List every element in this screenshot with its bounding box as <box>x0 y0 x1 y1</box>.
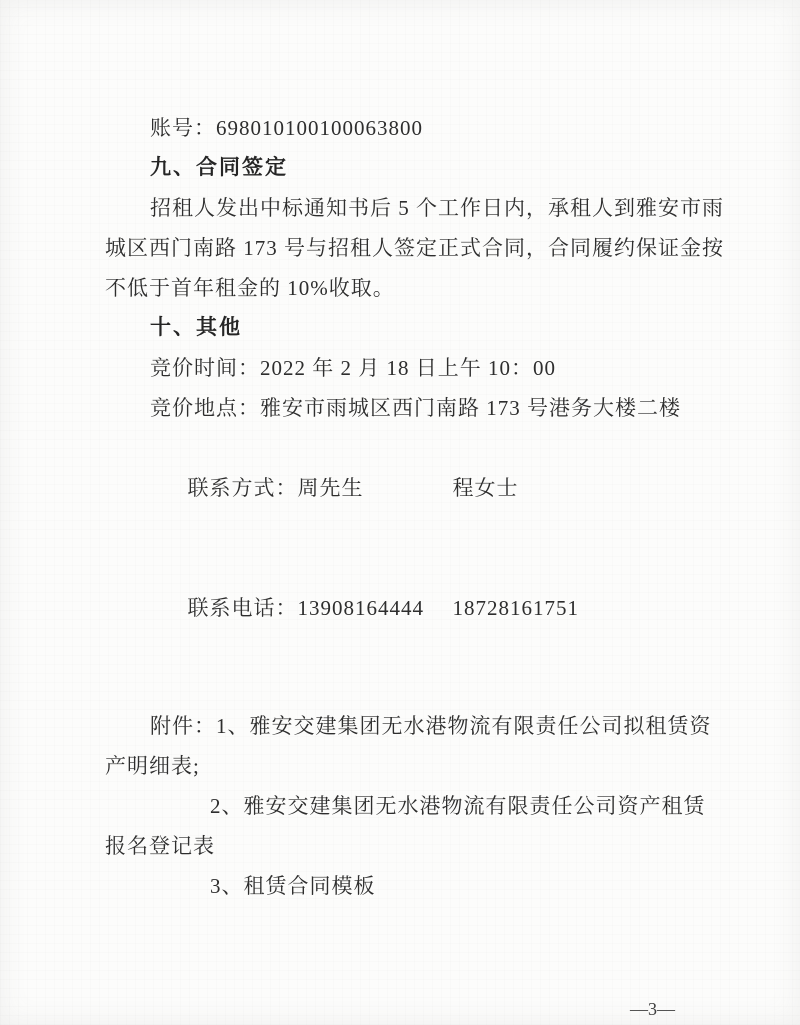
attachments-line-5: 3、租赁合同模板 <box>105 866 705 906</box>
phone-label: 联系电话： <box>188 596 298 620</box>
phone-number-2: 18728161751 <box>453 596 580 620</box>
contact-label: 联系方式： <box>188 476 298 500</box>
phone-number-1: 13908164444 <box>298 588 453 628</box>
contact-person-1: 周先生 <box>298 468 453 508</box>
section-10-heading: 十、其他 <box>105 308 705 348</box>
contact-persons-line: 联系方式：周先生程女士 <box>105 428 705 548</box>
section-9-paragraph-line-2: 城区西门南路 173 号与招租人签定正式合同，合同履约保证金按 <box>105 228 705 268</box>
attachments-line-1: 附件：1、雅安交建集团无水港物流有限责任公司拟租赁资 <box>105 706 705 746</box>
document-body: 账号：698010100100063800 九、合同签定 招租人发出中标通知书后… <box>105 108 705 906</box>
account-number-line: 账号：698010100100063800 <box>105 108 705 148</box>
attachments-line-3: 2、雅安交建集团无水港物流有限责任公司资产租赁 <box>105 786 705 826</box>
attachments-line-4: 报名登记表 <box>105 826 705 866</box>
section-9-heading: 九、合同签定 <box>105 148 705 188</box>
page-number: —3— <box>630 999 675 1020</box>
attachments-line-2: 产明细表; <box>105 746 705 786</box>
contact-person-2: 程女士 <box>453 476 519 500</box>
section-9-paragraph-line-1: 招租人发出中标通知书后 5 个工作日内，承租人到雅安市雨 <box>105 188 705 228</box>
scanned-document-page: 账号：698010100100063800 九、合同签定 招租人发出中标通知书后… <box>0 0 800 1025</box>
blank-line <box>105 668 705 706</box>
contact-phones-line: 联系电话：1390816444418728161751 <box>105 548 705 668</box>
section-9-paragraph-line-3: 不低于首年租金的 10%收取。 <box>105 268 705 308</box>
bid-place-line: 竞价地点：雅安市雨城区西门南路 173 号港务大楼二楼 <box>105 388 705 428</box>
bid-time-line: 竞价时间：2022 年 2 月 18 日上午 10：00 <box>105 348 705 388</box>
